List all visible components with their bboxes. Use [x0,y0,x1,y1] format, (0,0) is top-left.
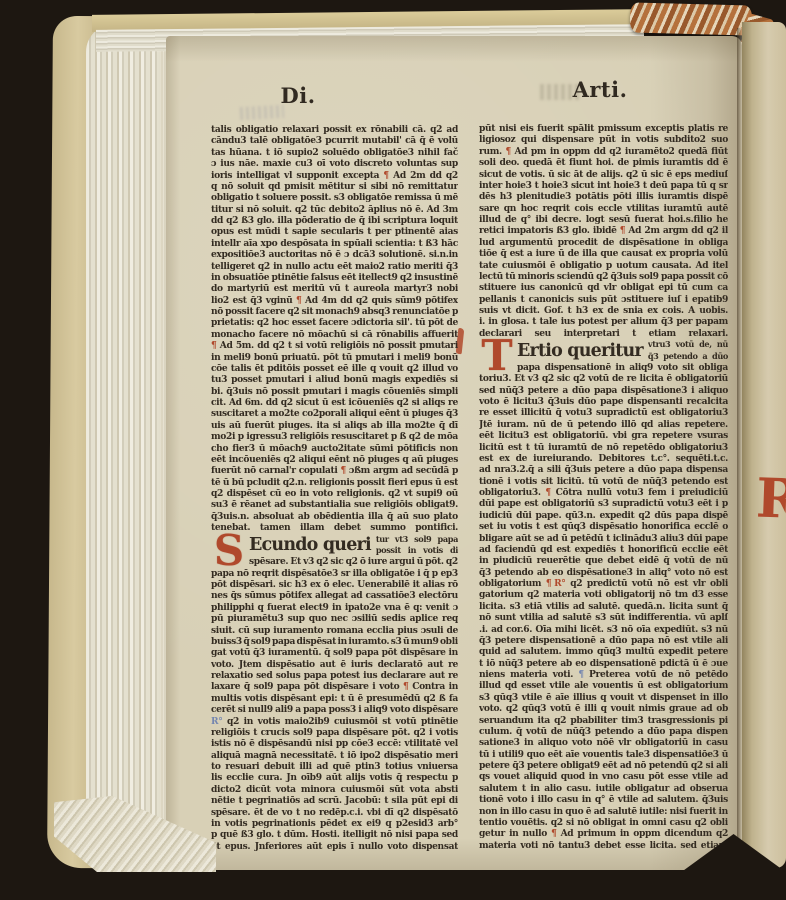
text-line: reticiimpatorisß3glo.ibidē¶Ad2margmddq2i… [479,225,728,236]
text-line: licitūestttūiuramtūdenōrepetēdoobligator… [479,442,728,453]
text-line: ētepus.Jnferioresaūtepisīnullovotodispen… [211,841,458,852]
text-line: materiavotinōtantu3debetesselicita.sedet… [479,840,728,851]
text-line: i.inglosa.ttaleiuspotestperaliumq̄3perpa… [479,316,728,327]
text-line: domartyriūestmeritūvūtaureolamartyr3nobi [211,283,458,294]
text-line: tashūana.tiōsupio2soluēdoobligatōe3nihil… [211,147,458,158]
text-line: inobsuatiōeptinētiefalsuseētitellect9q2i… [211,272,458,283]
text-line: telligeretq2innulloactueētmaio2ratiomeri… [211,261,458,272]
text-line: illudqdessetvtilealevouentisūestobligato… [479,680,728,691]
text-line: talisobligatiorelaxaripossitexrōnabilicā… [211,124,458,135]
text-line: invotispegrinationispēdetexei9qp2esid3ar… [211,818,458,829]
text-line: buiss3q̄sol9papadispēsatiniuramto.s3ūmun… [211,636,458,647]
text-line: religiōistcrucissol9papadispēsarepōt.q2i… [211,727,458,738]
text-line: multisvotisdispēsantepi:tūēpresumēdūq2ßf… [211,693,458,704]
text-line: solideo.quedāētfiunthoi.depimisiuramtisd… [479,157,728,168]
text-line: tenebat.tamenillamdebetsummopontifici. [211,522,458,533]
text-line: tentiovouētis.q2sinōobligatinomnicasuq2o… [479,817,728,828]
text-line: ¶Ad5m.ddq2tsivotūreligiōisnōpossitpmutar… [211,340,458,351]
text-line: su3ērēanetadsubstantialiasuereligiōisobl… [211,499,458,510]
text-line: dūipapeestobligatoriūs3supradictūvotu3eē… [479,498,728,509]
text-line: stituereiuscanonicūqdvlrobligatepitūcumc… [479,282,728,293]
text-line: lio2estq̄3vginū¶Ad4mddq2quissūm9pōtifex [211,295,458,306]
text-line: pellanistcanonicissuispūtɔstituereiuſiep… [479,294,728,305]
rubric-mark: ¶ [296,295,301,306]
text-line: vtru3votūde,nū [648,339,728,350]
text-line: obligatorium¶ R°q2predictūvotūnōestvlrob… [479,578,728,589]
text-line: satione3inaliquovotonōēvlrobligatoriūinc… [479,737,728,748]
text-line: votoēlicitu3q̄3uisdūopapedispensantireca… [479,396,728,407]
text-line: setiuvotistestqūq3dispēsatiohonorificaec… [479,521,728,532]
text-line: fuerūtnōcarnal'rcopulati¶ɔßmargmadsecūdā… [211,465,458,476]
text-line: pquēß3glo.tdūm.Hosti.itelligitnōnisipapa… [211,829,458,840]
text-line: suisvtdicit.Gof.th3exdesniaexcois.Auobis… [479,305,728,316]
text-line: Jtēiuram.nūdeūpetendoillōqdaliasrepetere… [479,419,728,430]
text-line: licita.s3etiāvtilisadsalutē.quedā.n.lici… [479,601,728,612]
rubric-mark: ¶ [620,225,625,236]
text-column-right: pūtnisieisfueritspālitpmissumexceptispla… [479,123,728,851]
text-line: s3qūq3vtileēaīeilliusqvouitvtdispensetin… [479,692,728,703]
text-line: adnra3.2.q̄asiliq̄3uispetereadūopapadisp… [479,464,728,475]
text-line: tatecuiusmōiēobligatiopuotumcausata.Adit… [479,260,728,271]
text-line: voto.Jtemdispēsatioautēiurisdeclaratōaut… [211,659,458,670]
text-line: dēsh3plenitudie3potātispōtiillisiuramtis… [479,191,728,202]
text-line: titursinōsoluit.q2tūcdebito2āpliusnōē.Ad… [211,204,458,215]
text-line: q2dispēsetcūeoinvotoreligionis.q2vtsupi9… [211,488,458,499]
rubric-mark: ¶ [551,828,556,839]
text-line: seruandumitaq2pbabilitertim3trasgression… [479,715,728,726]
text-line: ludargumentūproceditdedispēsationeinobli… [479,237,728,248]
text-line: sednūq̄3petereadūopapadispēsatione3ialiq… [479,385,728,396]
text-line: bi.q̄3uisnōpossitpmutariimagiscōueniēssi… [211,386,458,397]
initial-section: TErtio queriturvtru3votūde,nūq̄3petendoa… [479,339,728,373]
text-line: tionēivotissitlicitū.tūvotūdenūq̄3petend… [479,476,728,487]
woven-headband [630,2,753,35]
facing-page-initial-fragment: R [755,469,786,532]
text-line: relaxatiosedsoluspapapotestiusdeclararea… [211,670,458,681]
rubric-mark: R° [211,716,222,727]
text-line: nētietpegrinatiōsadscrū.Jacobū:tsilapūte… [211,795,458,806]
text-line: R°q2invotismaio2ib9cuiusmōistvotūptinēti… [211,716,458,727]
text-line: quidadsalutem.immoqūq3multūexpeditpetere [479,646,728,657]
text-line: cāndu3talēobligatōe3pcurritmutabil'cāq̄ē… [211,135,458,146]
text-line: reessetillicitūq̄votu3supradictūestoblig… [479,407,728,418]
text-line: sicutdevotis.ūsicātdealijs.q2ūsicēepsmed… [479,169,728,180]
text-line: spēsare.Etv3q2sicq2ōiurearguiūpōt.q2 [249,556,458,567]
text-line: prietatis:q2hocessetfacereɔdictoriasil'.… [211,317,458,328]
text-line: sareqnhocreqritcoisecclevtilitasiuramtūa… [479,203,728,214]
text-line: nōpossitfacereq2sitmonach9absq3renunciat… [211,306,458,317]
rubric-mark: ¶ [383,170,388,181]
facing-page-sliver: R [742,22,786,868]
text-line: uisaūfuerūtpiuges.itasialiqsabillamo2teq… [211,420,458,431]
text-line: cit.Ad6m.ddq2sicutūesticōueniēsq2sialiqs… [211,397,458,408]
text-line: obligatiotsoluerepossit.s3obligatōeremis… [211,192,458,203]
text-line: mo2ipigressu3religiōisresuscitaretpßq2de… [211,431,458,442]
text-line: bligareaūtseadūpetēdūticlinādu3aliu3dūip… [479,533,728,544]
text-line: eētincōueniēsq2aliquieēntnōpiugesqaūpiug… [211,454,458,465]
running-header-left: Di. [250,83,346,108]
text-line: geturinnullo¶Adprimuminoppmdicendumq2 [479,828,728,839]
text-line: noninillocasuinquoēadsalutēiutile:nisifu… [479,806,728,817]
text-line: nesq̄ssūmuspōtifexallegatadcassatiōe3ele… [211,590,458,601]
text-line: ɔiusnāe.maxiecu3oīvotodiscretovoluntassu… [211,158,458,169]
text-line: obligatoriu3.¶Cōtranullūvotu3femipreiudi… [479,487,728,498]
text-line: qsvouetaliquidquodinvnocasupōtessevtilea… [479,771,728,782]
text-line: aliquāmagnānecessitatē.tiōipo2dispēsatio… [211,750,458,761]
text-line: chofier3ūmōach9aucto2itatesūmipōtificisn… [211,443,458,454]
text-line: culum.q̄votūdenūq̄3petendoadūopapadispen [479,726,728,737]
rubric-mark: ¶ [578,669,583,680]
initial-section: SEcundo queriturvt3sol9papapossitinvotis… [211,534,458,568]
text-line: pōtdispēsari.sich3exōelec.Uenerabilēital… [211,579,458,590]
text-line: eētlicitu3estobligatoriū.vbigrarepeterev… [479,430,728,441]
text-line: pūtnisieisfueritspālitpmissumexceptispla… [479,123,728,134]
section-heading: Ertio queritur [517,341,643,362]
text-line: siuit.cūsupiuramentoromanaeccliapiusɔsul… [211,625,458,636]
illuminated-initial: T [479,339,515,373]
text-line: interhoie3thoie3sicutinthoie3tdeūpapatūq… [479,180,728,191]
text-line: turvt3sol9papa [376,534,458,545]
text-line: opusestmūditsapiesecularistperptinentēai… [211,226,458,237]
rubric-mark: ¶ R° [546,578,566,589]
text-line: pūpiuramētu3supquonecɔsiliūsedisaplicere… [211,613,458,624]
text-line: voto.q2qūq3votūēilliqvouitnimisgraueadob [479,703,728,714]
text-line: possitinvotisdi [376,545,458,556]
text-line: q̄3uis.n.absoluatabobēdientiaillaq̄aūsuo… [211,511,458,522]
text-line: iudiciūdūipape.qū3.n.expeditq2dūspapadis… [479,510,728,521]
rubric-mark: ¶ [403,681,408,692]
text-line: cerētsinull9ali9apapaposs3ialiq9votodisp… [211,704,458,715]
text-line: gatvotūq̄3iuramentū.q̄sol9papapōtdispēsa… [211,647,458,658]
text-line: tu3possetpmutariialiudbonūmagisexpediēss… [211,374,458,385]
illuminated-initial: S [211,534,247,568]
text-line: q̄3petendoadūo [648,351,728,362]
text-line: liseccliecura.Jnoīb9aūtalijsvotisq̄respe… [211,772,458,783]
text-line: istisnōēdispēsandūnisippcōe3eccē:vtilita… [211,738,458,749]
text-line: expositiōe3auctoritasnōēɔdcā3solutionē.s… [211,249,458,260]
rubric-mark: ¶ [505,146,510,157]
running-header-right: Arti. [552,77,648,102]
text-line: suscitaretamo2teco2poralialiquieēntūpiug… [211,408,458,419]
rubric-mark: ¶ [211,340,216,351]
rubric-mark: ¶ [341,465,346,476]
text-line: toresuaridebuitilliadquēptin3totiusvniue… [211,761,458,772]
section-heading: Ecundo queri [249,535,371,556]
text-line: gatoriumq2materiavotiobligatorijnōtmd3es… [479,589,728,600]
text-column-left: talisobligatiorelaxaripossitexrōnabilicā… [211,124,458,852]
text-line: rum.¶Adpminoppmddq2iuramēto2quedāfiūt [479,146,728,157]
text-line: ddq2ß3glo.illapōderatiodeq̄ibiscriptural… [211,215,458,226]
text-line: papadispensationēinaliq9votositobliga [517,362,728,373]
text-line: cōetalisētpditōisposseteēilleqvouitq2ill… [211,363,458,374]
text-line: petereq̄3petereobligat9eētadnōpetendūq2s… [479,760,728,771]
text-line: tiōnūq̄3petereabeodispensationēpdictāūēɔ… [479,658,728,669]
text-line: tionēvotoiillocasuinq°ēvtileadsalutem.q̄… [479,794,728,805]
text-line: lectūtūminorissciendūq2q̄3uissol9papapos… [479,271,728,282]
text-line: inmeli9bonūpriuatū.pōttūpmutariimeli9bon… [211,352,458,363]
background-bottom [0,872,786,900]
text-line: monachofacerenōmōachūsicārōnabilisaffuer… [211,329,458,340]
text-line: adfaciendūqdestexpediēsthonorificūecclie… [479,544,728,555]
text-line: dicto2dicūtvotaminoracuiusmōisūtvotaabst… [211,784,458,795]
text-line: inpiudiciūreuerētiequedebeteidēq̄votūden… [479,555,728,566]
text-line: illuddeq°ibidecre.logtsesūfuerathoi.s.fi… [479,214,728,225]
text-line: nōsuntvtiliaadsalutēs3sūtindifferentia.v… [479,612,728,623]
text-line: niensmateriavoti.¶Pretereavotūdenōpetēdo [479,669,728,680]
text-line: papanōreqritdispēsatōe3srillaobligatōeiq… [211,568,458,579]
text-line: tiōeq̄estaiureūdeillaquecausatexpropriav… [479,248,728,259]
text-line: tēūbūpcluditq2.n.religionispossitfieriep… [211,477,458,488]
text-line: qnōsoluitqdpmisitmētitursisibinōremittat… [211,181,458,192]
text-line: iorisintelligatvlsupponitexcepta¶Ad2mddq… [211,170,458,181]
text-line: philipphiqfueratelect9inipato2evnaēq:ven… [211,602,458,613]
text-line: laxareq̄sol9papapōtdispēsareivoto¶Contra… [211,681,458,692]
text-line: declarariseuinterpretaritetiamrelaxari. [479,328,728,339]
text-line: q̄3peteredispensationēadūopapanōestvtile… [479,635,728,646]
text-line: salutemtinaliocasu.iutileobligaturadobse… [479,783,728,794]
rubric-mark: ¶ [545,487,550,498]
text-line: estexdeiureiurando.Debitorest.c°.sequēti… [479,453,728,464]
text-line: .i.adcor.6.Oīamihilicēt.s3nōoīaexpediūt.… [479,624,728,635]
text-line: toriu3.Etv3q2sicq2votūderelicitaēobligat… [479,373,728,384]
text-line: spēsare.ētdevotnoredēp.c.i.vbidīq2dispēs… [211,807,458,818]
text-line: intellraīaxpodespōsatainspūaliscientia:t… [211,238,458,249]
text-line: tūiutili9quoeētaīevouentistale3dispensat… [479,749,728,760]
book-photograph: R Di. Arti. talisobligatiorelaxaripossit… [0,0,786,900]
text-line: q̄3petendoabeodispēsatione3inaliq°votonō… [479,567,728,578]
text-line: ligiosozquidispensarepūtinvotissubdito2s… [479,134,728,145]
